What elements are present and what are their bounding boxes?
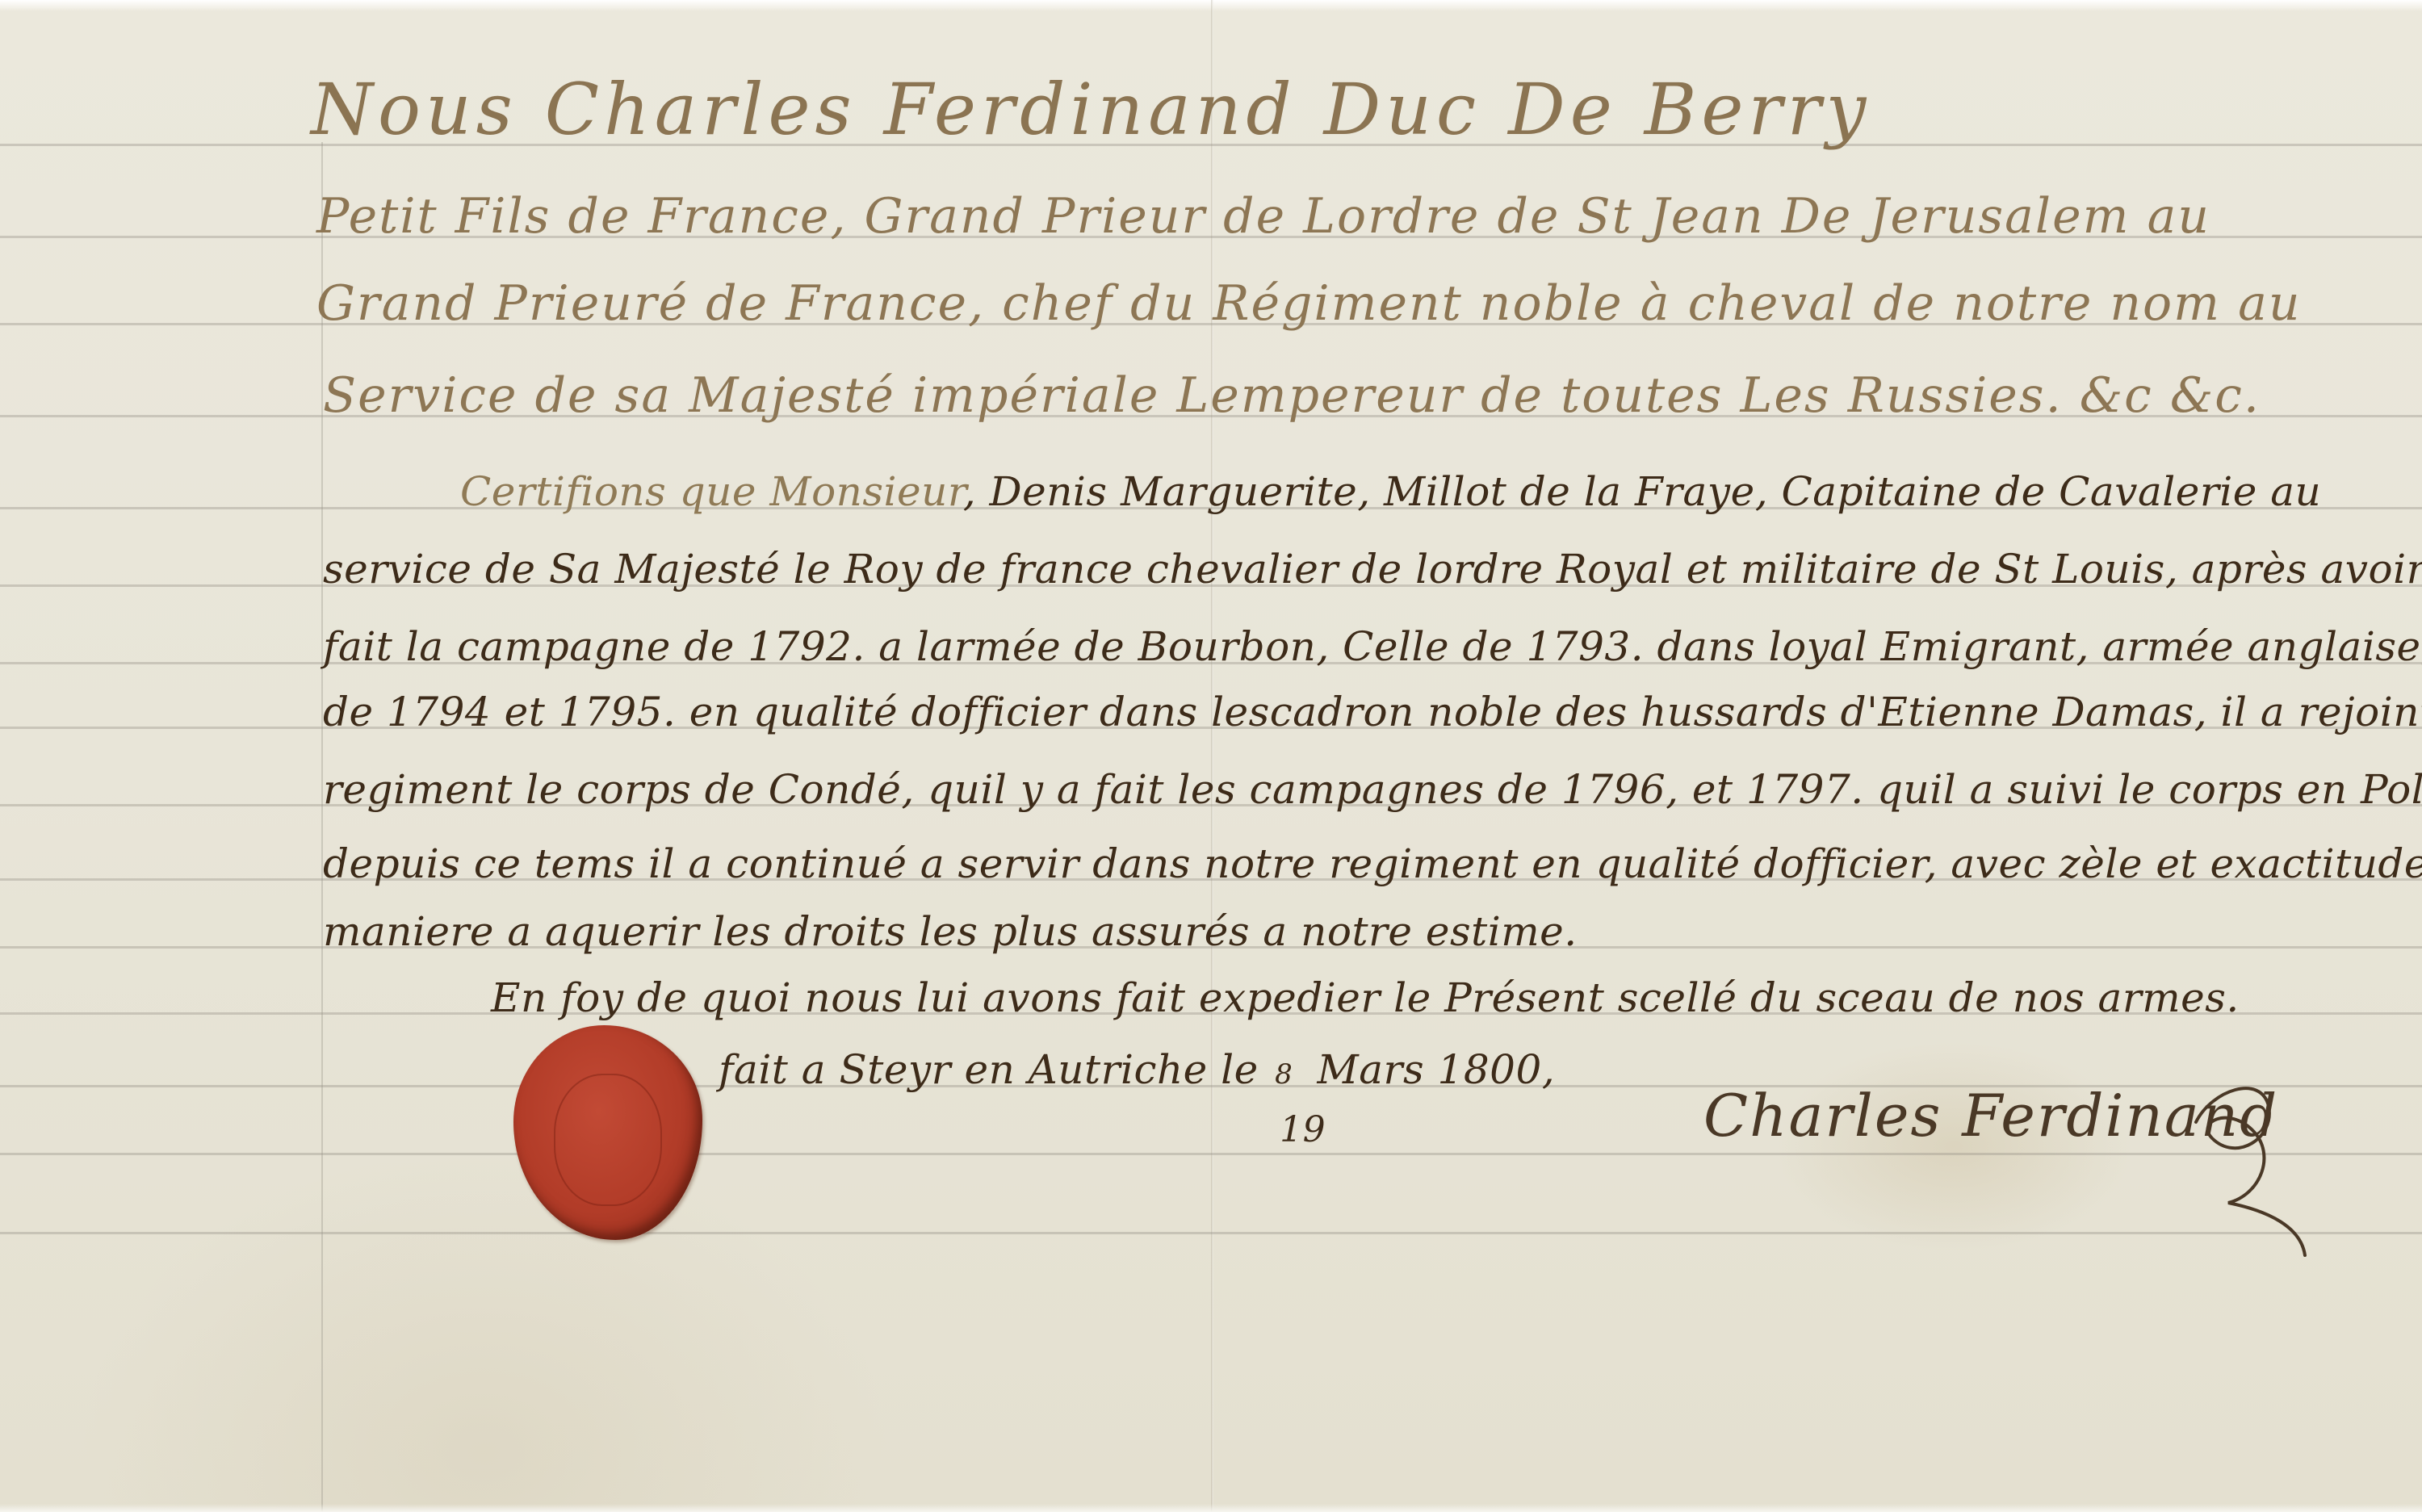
- body-line-3: fait la campagne de 1792. a larmée de Bo…: [323, 626, 2422, 667]
- body-line-7: maniere a aquerir les droits les plus as…: [323, 911, 1578, 952]
- document-title: Nous Charles Ferdinand Duc De Berry: [311, 74, 1871, 145]
- dateline: fait a Steyr en Autriche le 8 19 Mars 18…: [719, 1049, 1555, 1090]
- certifions-phrase: Certifions que Monsieur: [460, 468, 963, 515]
- day-old-style: 8: [1275, 1061, 1293, 1088]
- red-wax-seal-icon: [513, 1025, 702, 1240]
- dateline-place: fait a Steyr en Autriche le: [719, 1046, 1259, 1093]
- certificate-document: Nous Charles Ferdinand Duc De Berry Peti…: [0, 0, 2422, 1512]
- header-line-3: Service de sa Majesté impériale Lempereu…: [323, 371, 2261, 420]
- officer-name-and-rank: Denis Marguerite, Millot de la Fraye, Ca…: [990, 468, 2322, 515]
- header-line-2: Grand Prieuré de France, chef du Régimen…: [316, 279, 2302, 328]
- body-line-4: de 1794 et 1795. en qualité dofficier da…: [323, 692, 2422, 732]
- day-new-style: 19: [1280, 1112, 1326, 1148]
- signature-flourish-icon: [2180, 1074, 2317, 1259]
- body-line-opening: Certifions que Monsieur, Denis Marguerit…: [460, 471, 2321, 512]
- body-line-5: regiment le corps de Condé, quil y a fai…: [323, 769, 2422, 810]
- paper-bottom-edge: [0, 1504, 2422, 1512]
- body-line-2: service de Sa Majesté le Roy de france c…: [323, 549, 2422, 589]
- left-margin-rule: [321, 142, 323, 1512]
- closing-line: En foy de quoi nous lui avons fait exped…: [491, 978, 2240, 1018]
- header-line-1: Petit Fils de France, Grand Prieur de Lo…: [316, 192, 2210, 241]
- body-line-6: depuis ce tems il a continué a servir da…: [323, 844, 2422, 884]
- ruled-line: [0, 1153, 2422, 1155]
- dateline-month-year: Mars 1800,: [1318, 1046, 1556, 1093]
- ruled-line: [0, 1232, 2422, 1234]
